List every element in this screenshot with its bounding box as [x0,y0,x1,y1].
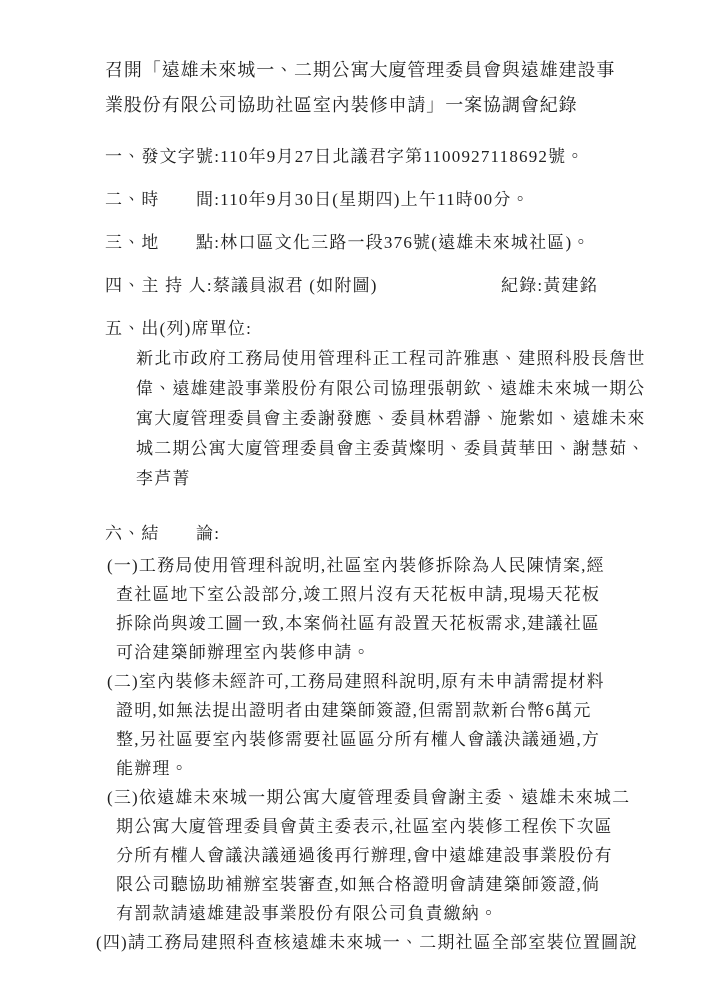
conclusion-item-1: (一)工務局使用管理科說明,社區室內裝修拆除為人民陳情案,經 查社區地下室公設部… [105,551,652,667]
attendees-line: 城二期公寓大廈管理委員會主委黃燦明、委員黃華田、謝慧茹、 [136,434,652,464]
attendees-paragraph: 新北市政府工務局使用管理科正工程司許雅惠、建照科股長詹世 偉、遠雄建設事業股份有… [105,344,652,494]
meta-time: 二、時 間:110年9月30日(星期四)上午11時00分。 [105,185,652,215]
document-page: 召開「遠雄未來城一、二期公寓大廈管理委員會與遠雄建設事 業股份有限公司協助社區室… [0,0,707,1000]
meta-host: 四、主 持 人:蔡議員淑君 (如附圖) [105,276,378,295]
attendees-line: 寓大廈管理委員會主委謝發應、委員林碧瀞、施紫如、遠雄未來 [136,404,652,434]
conclusion-line: 有罰款請遠雄建設事業股份有限公司負責繳納。 [116,899,652,928]
meta-attendees-heading: 五、出(列)席單位: [105,314,652,344]
conclusion-line: 證明,如無法提出證明者由建築師簽證,但需罰款新台幣6萬元 [116,696,652,725]
conclusion-item-2: (二)室內裝修未經許可,工務局建照科說明,原有未申請需提材料 證明,如無法提出證… [105,667,652,783]
conclusion-heading: 六、結 論: [105,519,652,548]
meta-doc-number: 一、發文字號:110年9月27日北議君字第1100927118692號。 [105,142,652,172]
conclusion-item-3: (三)依遠雄未來城一期公寓大廈管理委員會謝主委、遠雄未來城二 期公寓大廈管理委員… [105,783,652,928]
title-line-1: 召開「遠雄未來城一、二期公寓大廈管理委員會與遠雄建設事 [105,53,652,88]
meta-section: 一、發文字號:110年9月27日北議君字第1100927118692號。 二、時… [105,142,652,344]
conclusion-line: 能辦理。 [116,754,652,783]
conclusion-line: 分所有權人會議決議通過後再行辦理,會中遠雄建設事業股份有 [116,841,652,870]
conclusion-line: (三)依遠雄未來城一期公寓大廈管理委員會謝主委、遠雄未來城二 [107,783,652,812]
conclusion-item-4: (四)請工務局建照科查核遠雄未來城一、二期社區全部室裝位置圖說 [105,928,652,957]
attendees-line: 李芦菁 [136,464,652,494]
document-title: 召開「遠雄未來城一、二期公寓大廈管理委員會與遠雄建設事 業股份有限公司協助社區室… [105,53,652,123]
conclusion-line: 限公司聽協助補辦室裝審查,如無合格證明會請建築師簽證,倘 [116,870,652,899]
conclusion-line: (二)室內裝修未經許可,工務局建照科說明,原有未申請需提材料 [107,667,652,696]
meta-location: 三、地 點:林口區文化三路一段376號(遠雄未來城社區)。 [105,228,652,258]
conclusion-line: 期公寓大廈管理委員會黃主委表示,社區室內裝修工程俟下次區 [116,812,652,841]
meta-recorder: 紀錄:黃建銘 [501,271,598,301]
attendees-line: 新北市政府工務局使用管理科正工程司許雅惠、建照科股長詹世 [136,344,652,374]
attendees-line: 偉、遠雄建設事業股份有限公司協理張朝欽、遠雄未來城一期公 [136,374,652,404]
conclusion-line: (一)工務局使用管理科說明,社區室內裝修拆除為人民陳情案,經 [107,551,652,580]
conclusion-line: 查社區地下室公設部分,竣工照片沒有天花板申請,現場天花板 [116,580,652,609]
title-line-2: 業股份有限公司協助社區室內裝修申請」一案協調會紀錄 [105,88,652,123]
conclusion-section: (一)工務局使用管理科說明,社區室內裝修拆除為人民陳情案,經 查社區地下室公設部… [105,551,652,957]
meta-host-row: 四、主 持 人:蔡議員淑君 (如附圖) 紀錄:黃建銘 [105,271,652,301]
conclusion-line: 可洽建築師辦理室內裝修申請。 [116,638,652,667]
conclusion-line: 整,另社區要室內裝修需要社區區分所有權人會議決議通過,方 [116,725,652,754]
conclusion-line: (四)請工務局建照科查核遠雄未來城一、二期社區全部室裝位置圖說 [96,928,652,957]
conclusion-line: 拆除尚與竣工圖一致,本案倘社區有設置天花板需求,建議社區 [116,609,652,638]
